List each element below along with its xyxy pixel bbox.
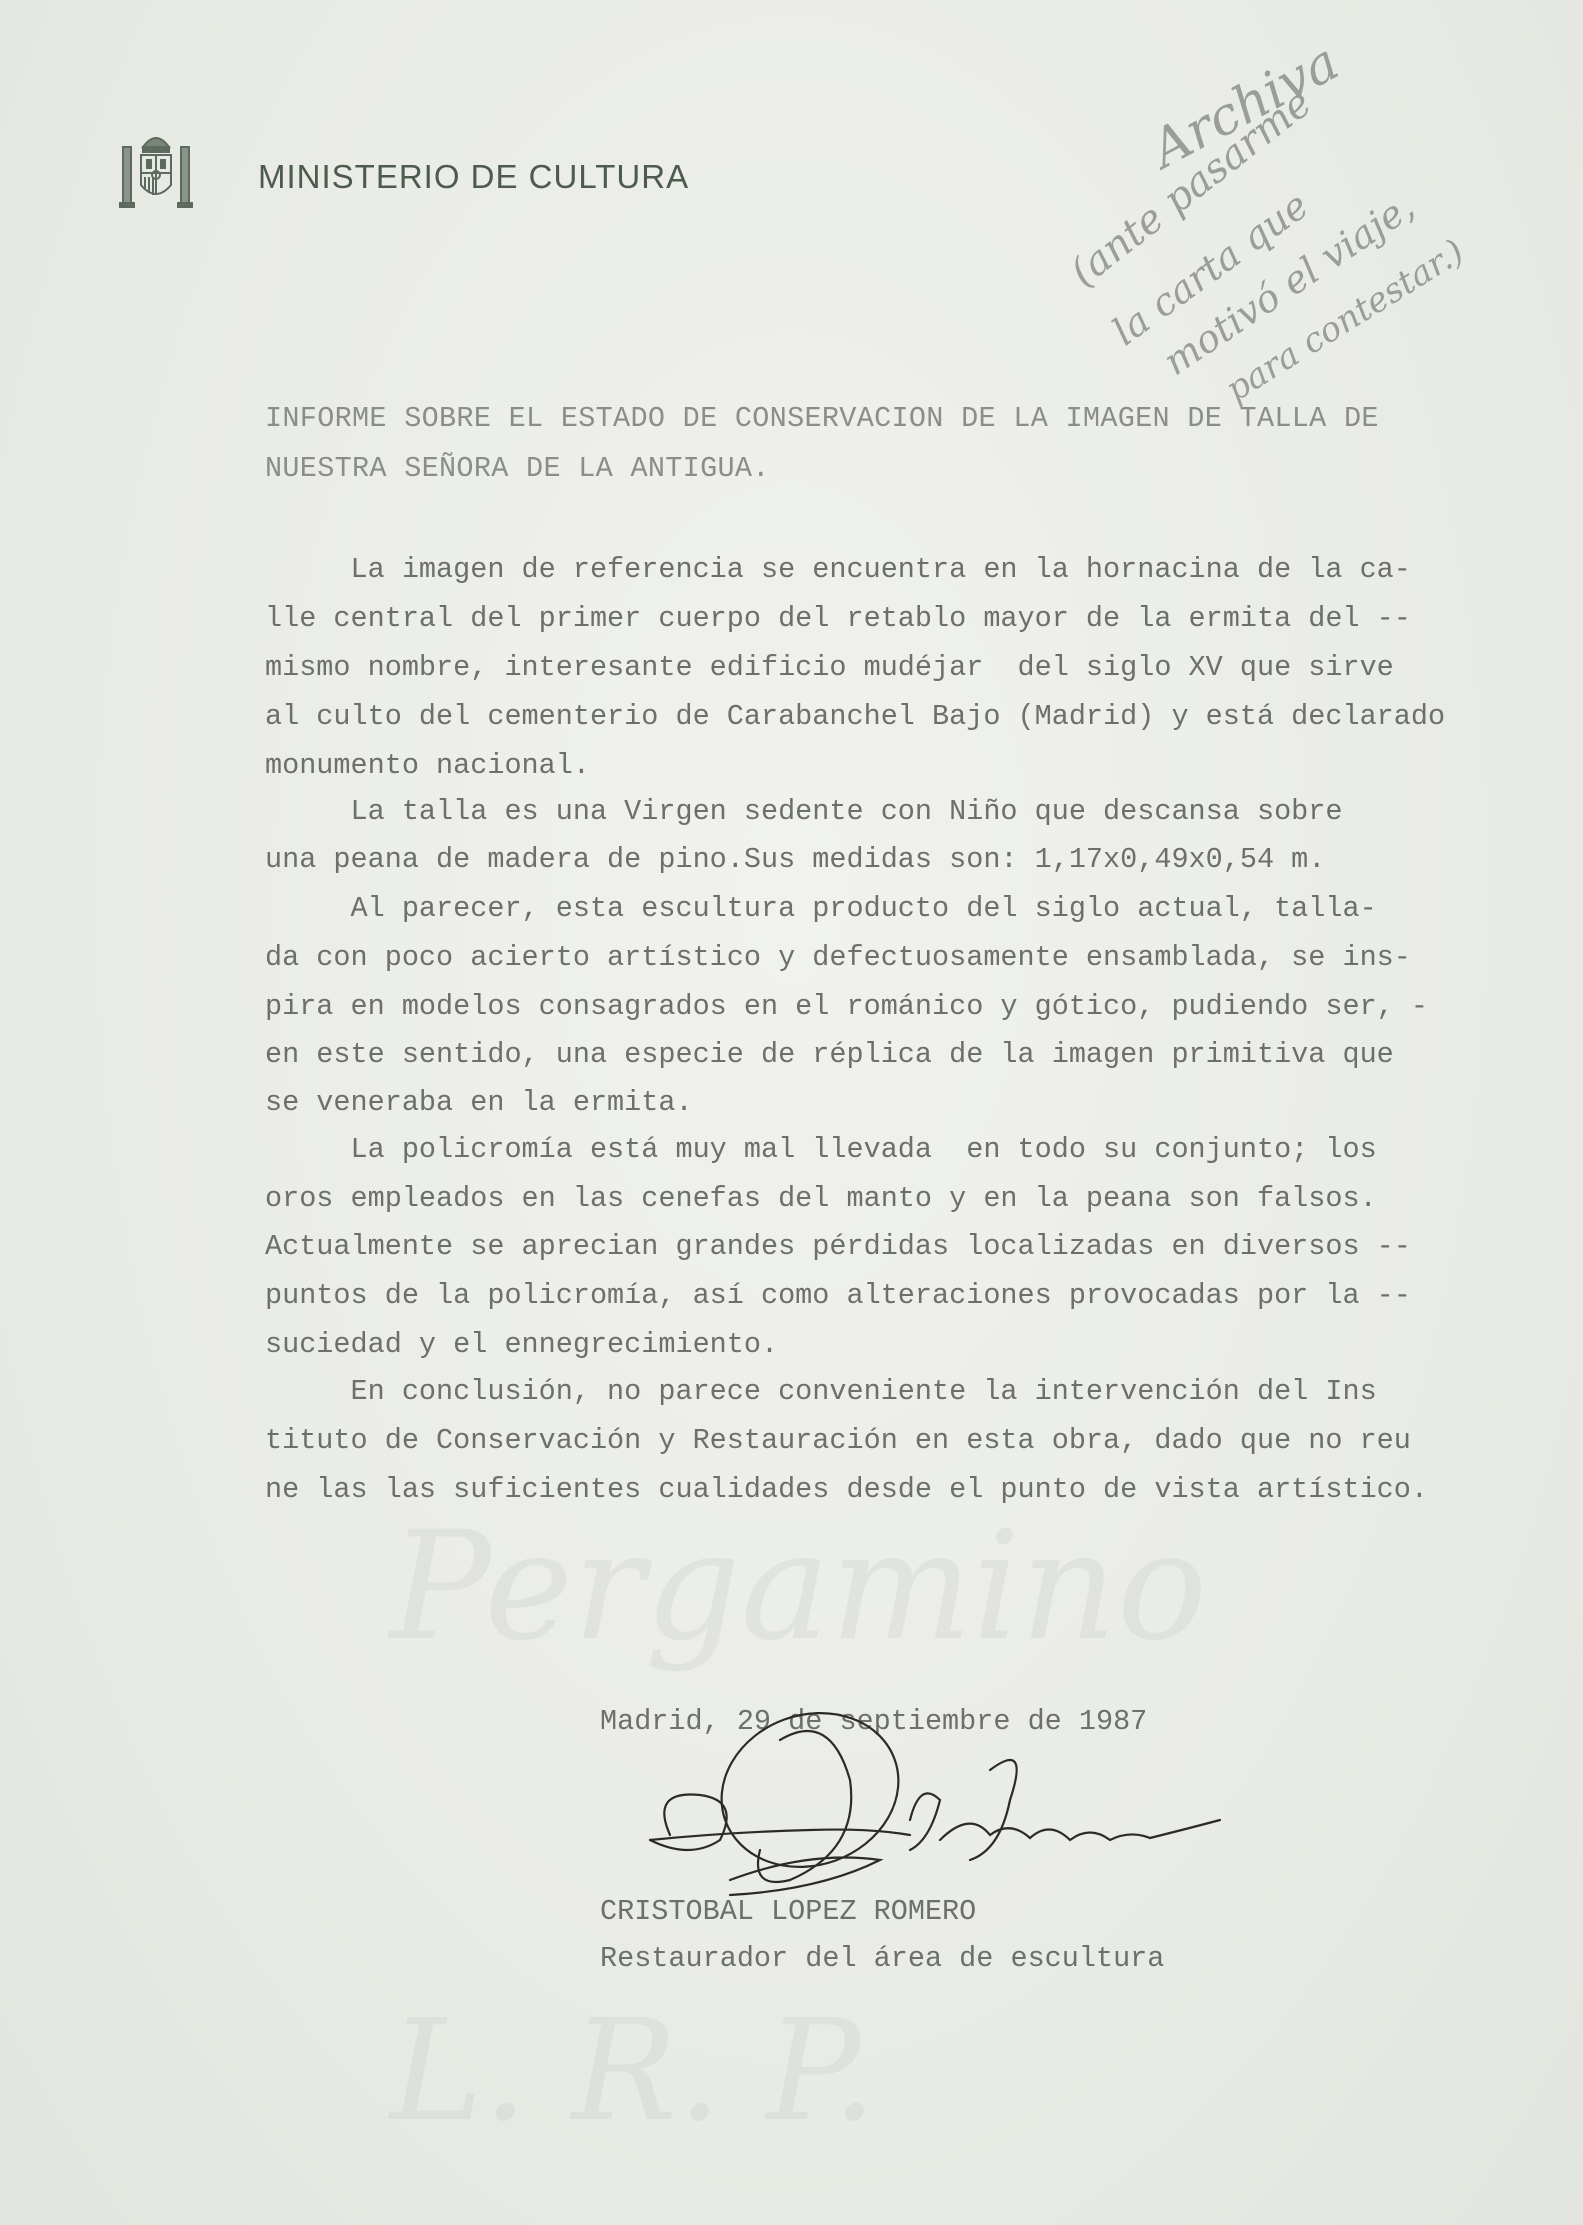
paragraph-1-line: al culto del cementerio de Carabanchel B… [265, 700, 1445, 733]
paragraph-5-line: ne las las suficientes cualidades desde … [265, 1473, 1428, 1506]
paragraph-3-line: da con poco acierto artístico y defectuo… [265, 941, 1411, 974]
paragraph-5-line: En conclusión, no parece conveniente la … [265, 1375, 1377, 1408]
letterhead [115, 125, 197, 211]
paragraph-3-line: pira en modelos consagrados en el románi… [265, 990, 1428, 1023]
coat-of-arms-icon [115, 125, 197, 211]
paragraph-1-line: mismo nombre, interesante edificio mudéj… [265, 651, 1394, 684]
paragraph-5-line: tituto de Conservación y Restauración en… [265, 1424, 1411, 1457]
paragraph-4-line: La policromía está muy mal llevada en to… [265, 1133, 1377, 1166]
ministry-name: MINISTERIO DE CULTURA [258, 158, 689, 196]
paragraph-1-line: La imagen de referencia se encuentra en … [265, 553, 1411, 586]
paragraph-4-line: suciedad y el ennegrecimiento. [265, 1328, 778, 1361]
signatory-role: Restaurador del área de escultura [600, 1942, 1164, 1975]
signatory-name: CRISTOBAL LOPEZ ROMERO [600, 1895, 976, 1928]
paragraph-2-line: La talla es una Virgen sedente con Niño … [265, 795, 1342, 828]
paragraph-4-line: oros empleados en las cenefas del manto … [265, 1182, 1377, 1215]
paragraph-4-line: puntos de la policromía, así como altera… [265, 1279, 1411, 1312]
paragraph-3-line: Al parecer, esta escultura producto del … [265, 892, 1377, 925]
report-title-line-2: NUESTRA SEÑORA DE LA ANTIGUA. [265, 452, 770, 485]
paper-watermark-bottom: L. R. P. [390, 1990, 877, 2153]
paragraph-4-line: Actualmente se aprecian grandes pérdidas… [265, 1230, 1411, 1263]
paragraph-1-line: monumento nacional. [265, 749, 590, 782]
paragraph-3-line: en este sentido, una especie de réplica … [265, 1038, 1394, 1071]
paragraph-1-line: lle central del primer cuerpo del retabl… [265, 602, 1411, 635]
handwritten-annotation: Archiva (ante pasarme la carta que motiv… [1100, 60, 1580, 400]
paragraph-3-line: se veneraba en la ermita. [265, 1086, 693, 1119]
report-title-line-1: INFORME SOBRE EL ESTADO DE CONSERVACION … [265, 402, 1379, 435]
paragraph-2-line: una peana de madera de pino.Sus medidas … [265, 843, 1325, 876]
paper-watermark-top: Pergamino [390, 1500, 1207, 1674]
